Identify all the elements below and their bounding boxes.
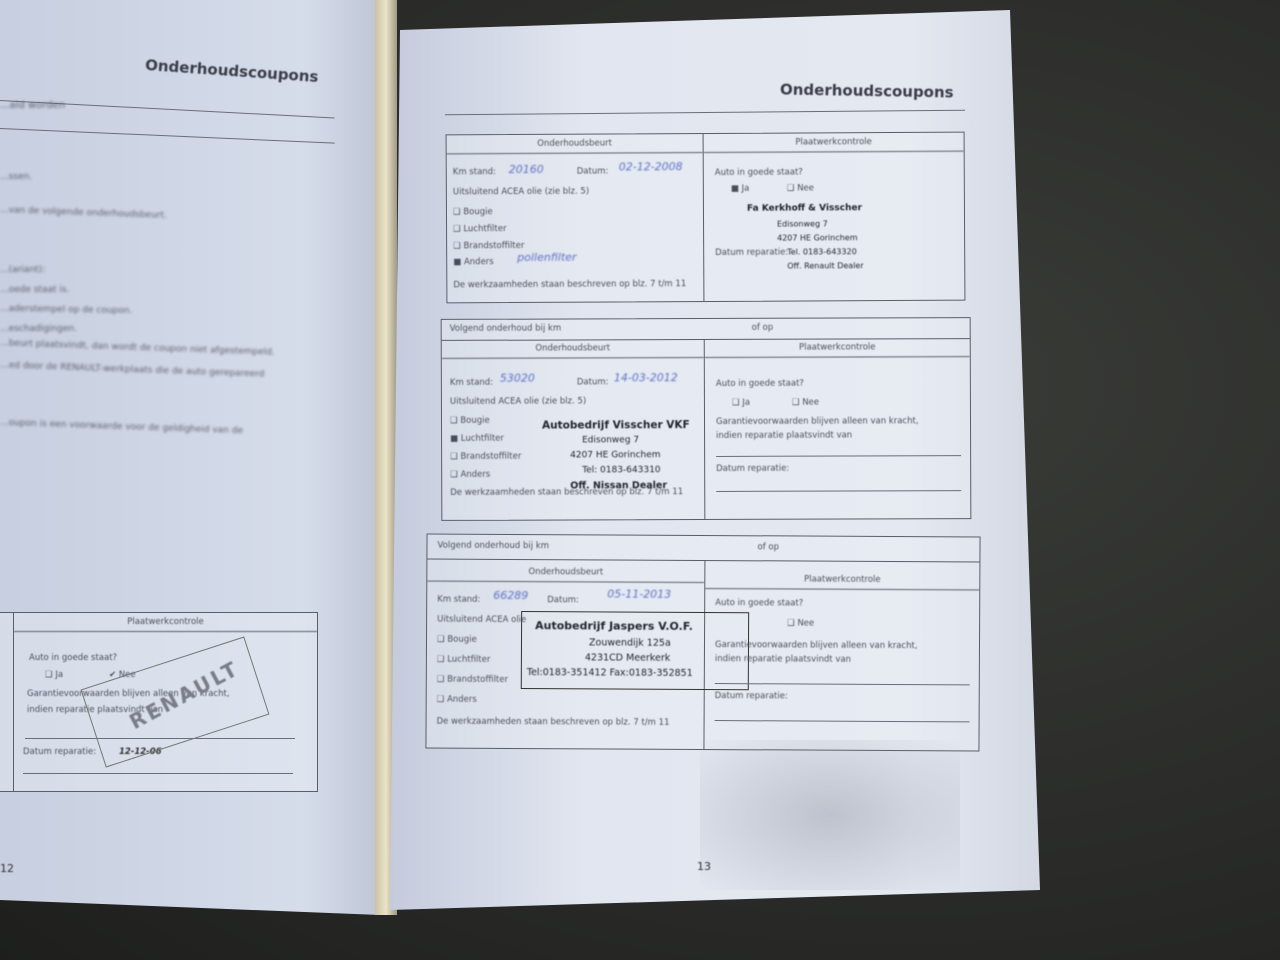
item-label: Bougie xyxy=(463,207,492,217)
left-text: ...oede staat is. xyxy=(0,285,69,295)
left-subheading: ...ald worden xyxy=(0,100,65,111)
km-value: 66289 xyxy=(493,589,528,602)
warranty-text: Garantievoorwaarden blijven alleen van k… xyxy=(715,640,918,651)
item-bougie: ❑ Bougie xyxy=(450,416,490,426)
item-label: Luchtfilter xyxy=(461,434,504,444)
dealer-stamp-line: Autobedrijf Visscher VKF xyxy=(542,419,690,432)
item-label: Luchtfilter xyxy=(463,224,506,234)
column-divider xyxy=(703,134,705,301)
item-label: Brandstoffilter xyxy=(447,675,508,685)
left-text: ...eschadigingen. xyxy=(0,324,77,334)
coupon-left-header: Onderhoudsbeurt xyxy=(427,563,704,583)
option-label: Ja xyxy=(742,398,750,408)
question: Auto in goede staat? xyxy=(716,379,804,389)
km-label: Km stand: xyxy=(453,167,496,177)
dealer-stamp-line: Edisonweg 7 xyxy=(582,435,639,445)
km-value: 53020 xyxy=(500,372,535,385)
coupon-2: Volgend onderhoud bij km of op Onderhoud… xyxy=(441,317,972,521)
question: Auto in goede staat? xyxy=(715,598,803,608)
warranty-text: Garantievoorwaarden blijven alleen van k… xyxy=(716,416,919,427)
item-label: Brandstoffilter xyxy=(460,452,521,462)
item-bougie: ❑ Bougie xyxy=(453,207,493,217)
coupon-footer: De werkzaamheden staan beschreven op blz… xyxy=(453,279,686,290)
or-on-label: of op xyxy=(752,323,774,333)
page-crease-shadow xyxy=(700,740,960,890)
dealer-stamp-line: Fa Kerkhoff & Visscher xyxy=(747,203,862,214)
km-label: Km stand: xyxy=(437,595,480,605)
left-text: ...(ariant): xyxy=(0,265,45,275)
option-yes: ❑ Ja xyxy=(45,670,63,680)
dealer-stamp-line: Off. Renault Dealer xyxy=(787,261,863,270)
oil-label: Uitsluitend ACEA olie (zie blz. 5) xyxy=(450,396,586,406)
item-label: Anders xyxy=(464,257,494,267)
repair-date-label: Datum reparatie: xyxy=(716,464,789,474)
option-yes: ❑ Ja xyxy=(732,398,750,408)
line xyxy=(716,455,961,457)
date-value: 05-11-2013 xyxy=(607,587,671,600)
item-bougie: ❑ Bougie xyxy=(437,635,477,645)
column-header: Plaatwerkcontrole xyxy=(14,613,317,632)
dealer-stamp-line: Tel. 0183-643320 xyxy=(787,247,857,256)
repair-date-label: Datum reparatie: xyxy=(715,248,788,258)
option-label: Nee xyxy=(797,183,814,193)
dealer-stamp-line: Autobedrijf Jaspers V.O.F. xyxy=(535,619,693,633)
dealer-stamp-line: 4207 HE Gorinchem xyxy=(570,450,660,460)
oil-label: Uitsluitend ACEA olie xyxy=(437,615,526,625)
km-value: 20160 xyxy=(509,163,544,176)
date-value: 02-12-2008 xyxy=(619,160,683,173)
option-label: Ja xyxy=(742,184,750,194)
dealer-stamp-line: Off. Nissan Dealer xyxy=(570,480,667,491)
left-coupon: Plaatwerkcontrole Auto in goede staat? ❑… xyxy=(0,612,318,792)
anders-note: pollenfilter xyxy=(517,251,576,264)
repair-date-label: Datum reparatie: xyxy=(715,691,788,701)
warranty-text-2: indien reparatie plaatsvindt van xyxy=(716,430,852,440)
right-page-number: 13 xyxy=(697,860,711,873)
date-label: Datum: xyxy=(577,167,609,177)
column-divider xyxy=(704,339,706,519)
dealer-stamp-line: 4207 HE Gorinchem xyxy=(777,233,857,242)
left-page-number: 12 xyxy=(0,862,14,875)
option-label: Nee xyxy=(802,398,819,408)
right-page-header: Onderhoudscoupons xyxy=(780,80,954,101)
coupon-right-header: Plaatwerkcontrole xyxy=(705,338,970,358)
line xyxy=(715,683,970,685)
line xyxy=(715,720,970,722)
oil-label: Uitsluitend ACEA olie (zie blz. 5) xyxy=(453,187,589,198)
coupon-footer: De werkzaamheden staan beschreven op blz… xyxy=(437,717,670,728)
left-text: ...ssen. xyxy=(0,172,32,182)
item-brandstoffilter: ❑ Brandstoffilter xyxy=(453,241,524,251)
next-service-row: Volgend onderhoud bij km of op xyxy=(427,535,979,563)
dealer-stamp-line: Tel:0183-351412 Fax:0183-352851 xyxy=(527,667,693,679)
item-luchtfilter: ❑ Luchtfilter xyxy=(437,655,491,665)
item-anders: ❑ Anders xyxy=(450,470,490,480)
date-label: Datum: xyxy=(547,595,579,605)
item-label: Brandstoffilter xyxy=(463,241,524,251)
item-anders: ■ Anders xyxy=(453,257,494,267)
warranty-text-2: indien reparatie plaatsvindt van xyxy=(715,654,851,665)
option-no: ❑ Nee xyxy=(787,618,814,628)
coupon-right-header: Plaatwerkcontrole xyxy=(705,570,979,590)
option-yes-label: Ja xyxy=(55,670,63,680)
option-label: Nee xyxy=(797,618,814,628)
or-on-label: of op xyxy=(757,542,779,552)
item-brandstoffilter: ❑ Brandstoffilter xyxy=(437,675,508,685)
question: Auto in goede staat? xyxy=(29,653,117,663)
dealer-stamp-line: 4231CD Meerkerk xyxy=(585,652,670,663)
line xyxy=(716,490,961,492)
item-anders: ❑ Anders xyxy=(437,695,477,705)
option-yes: ■ Ja xyxy=(731,184,750,194)
item-luchtfilter: ❑ Luchtfilter xyxy=(453,224,507,234)
item-brandstoffilter: ❑ Brandstoffilter xyxy=(450,452,521,462)
item-label: Bougie xyxy=(447,635,476,645)
item-label: Anders xyxy=(461,470,491,480)
coupon-left-header: Onderhoudsbeurt xyxy=(442,339,704,359)
item-luchtfilter: ■ Luchtfilter xyxy=(450,434,504,444)
question: Auto in goede staat? xyxy=(715,167,803,177)
coupon-right-header: Plaatwerkcontrole xyxy=(704,133,964,153)
coupon-3: Volgend onderhoud bij km of op Onderhoud… xyxy=(425,534,980,752)
repair-date-label: Datum reparatie: xyxy=(23,747,96,757)
coupon-1: Onderhoudsbeurt Plaatwerkcontrole Km sta… xyxy=(446,132,966,304)
option-no: ❑ Nee xyxy=(787,183,814,193)
coupon-left-header: Onderhoudsbeurt xyxy=(447,134,703,154)
item-label: Luchtfilter xyxy=(447,655,490,665)
line xyxy=(23,773,293,774)
dealer-stamp-line: Tel: 0183-643310 xyxy=(582,465,660,475)
next-service-label: Volgend onderhoud bij km xyxy=(437,541,549,552)
date-label: Datum: xyxy=(577,377,609,387)
option-no: ❑ Nee xyxy=(792,398,819,408)
item-label: Anders xyxy=(447,695,477,705)
item-label: Bougie xyxy=(460,416,489,426)
date-value: 14-03-2012 xyxy=(614,371,678,384)
km-label: Km stand: xyxy=(450,378,493,388)
dealer-stamp-line: Edisonweg 7 xyxy=(777,219,828,228)
column-divider xyxy=(13,613,14,791)
next-service-label: Volgend onderhoud bij km xyxy=(450,324,562,334)
dealer-stamp-line: Zouwendijk 125a xyxy=(589,637,671,648)
